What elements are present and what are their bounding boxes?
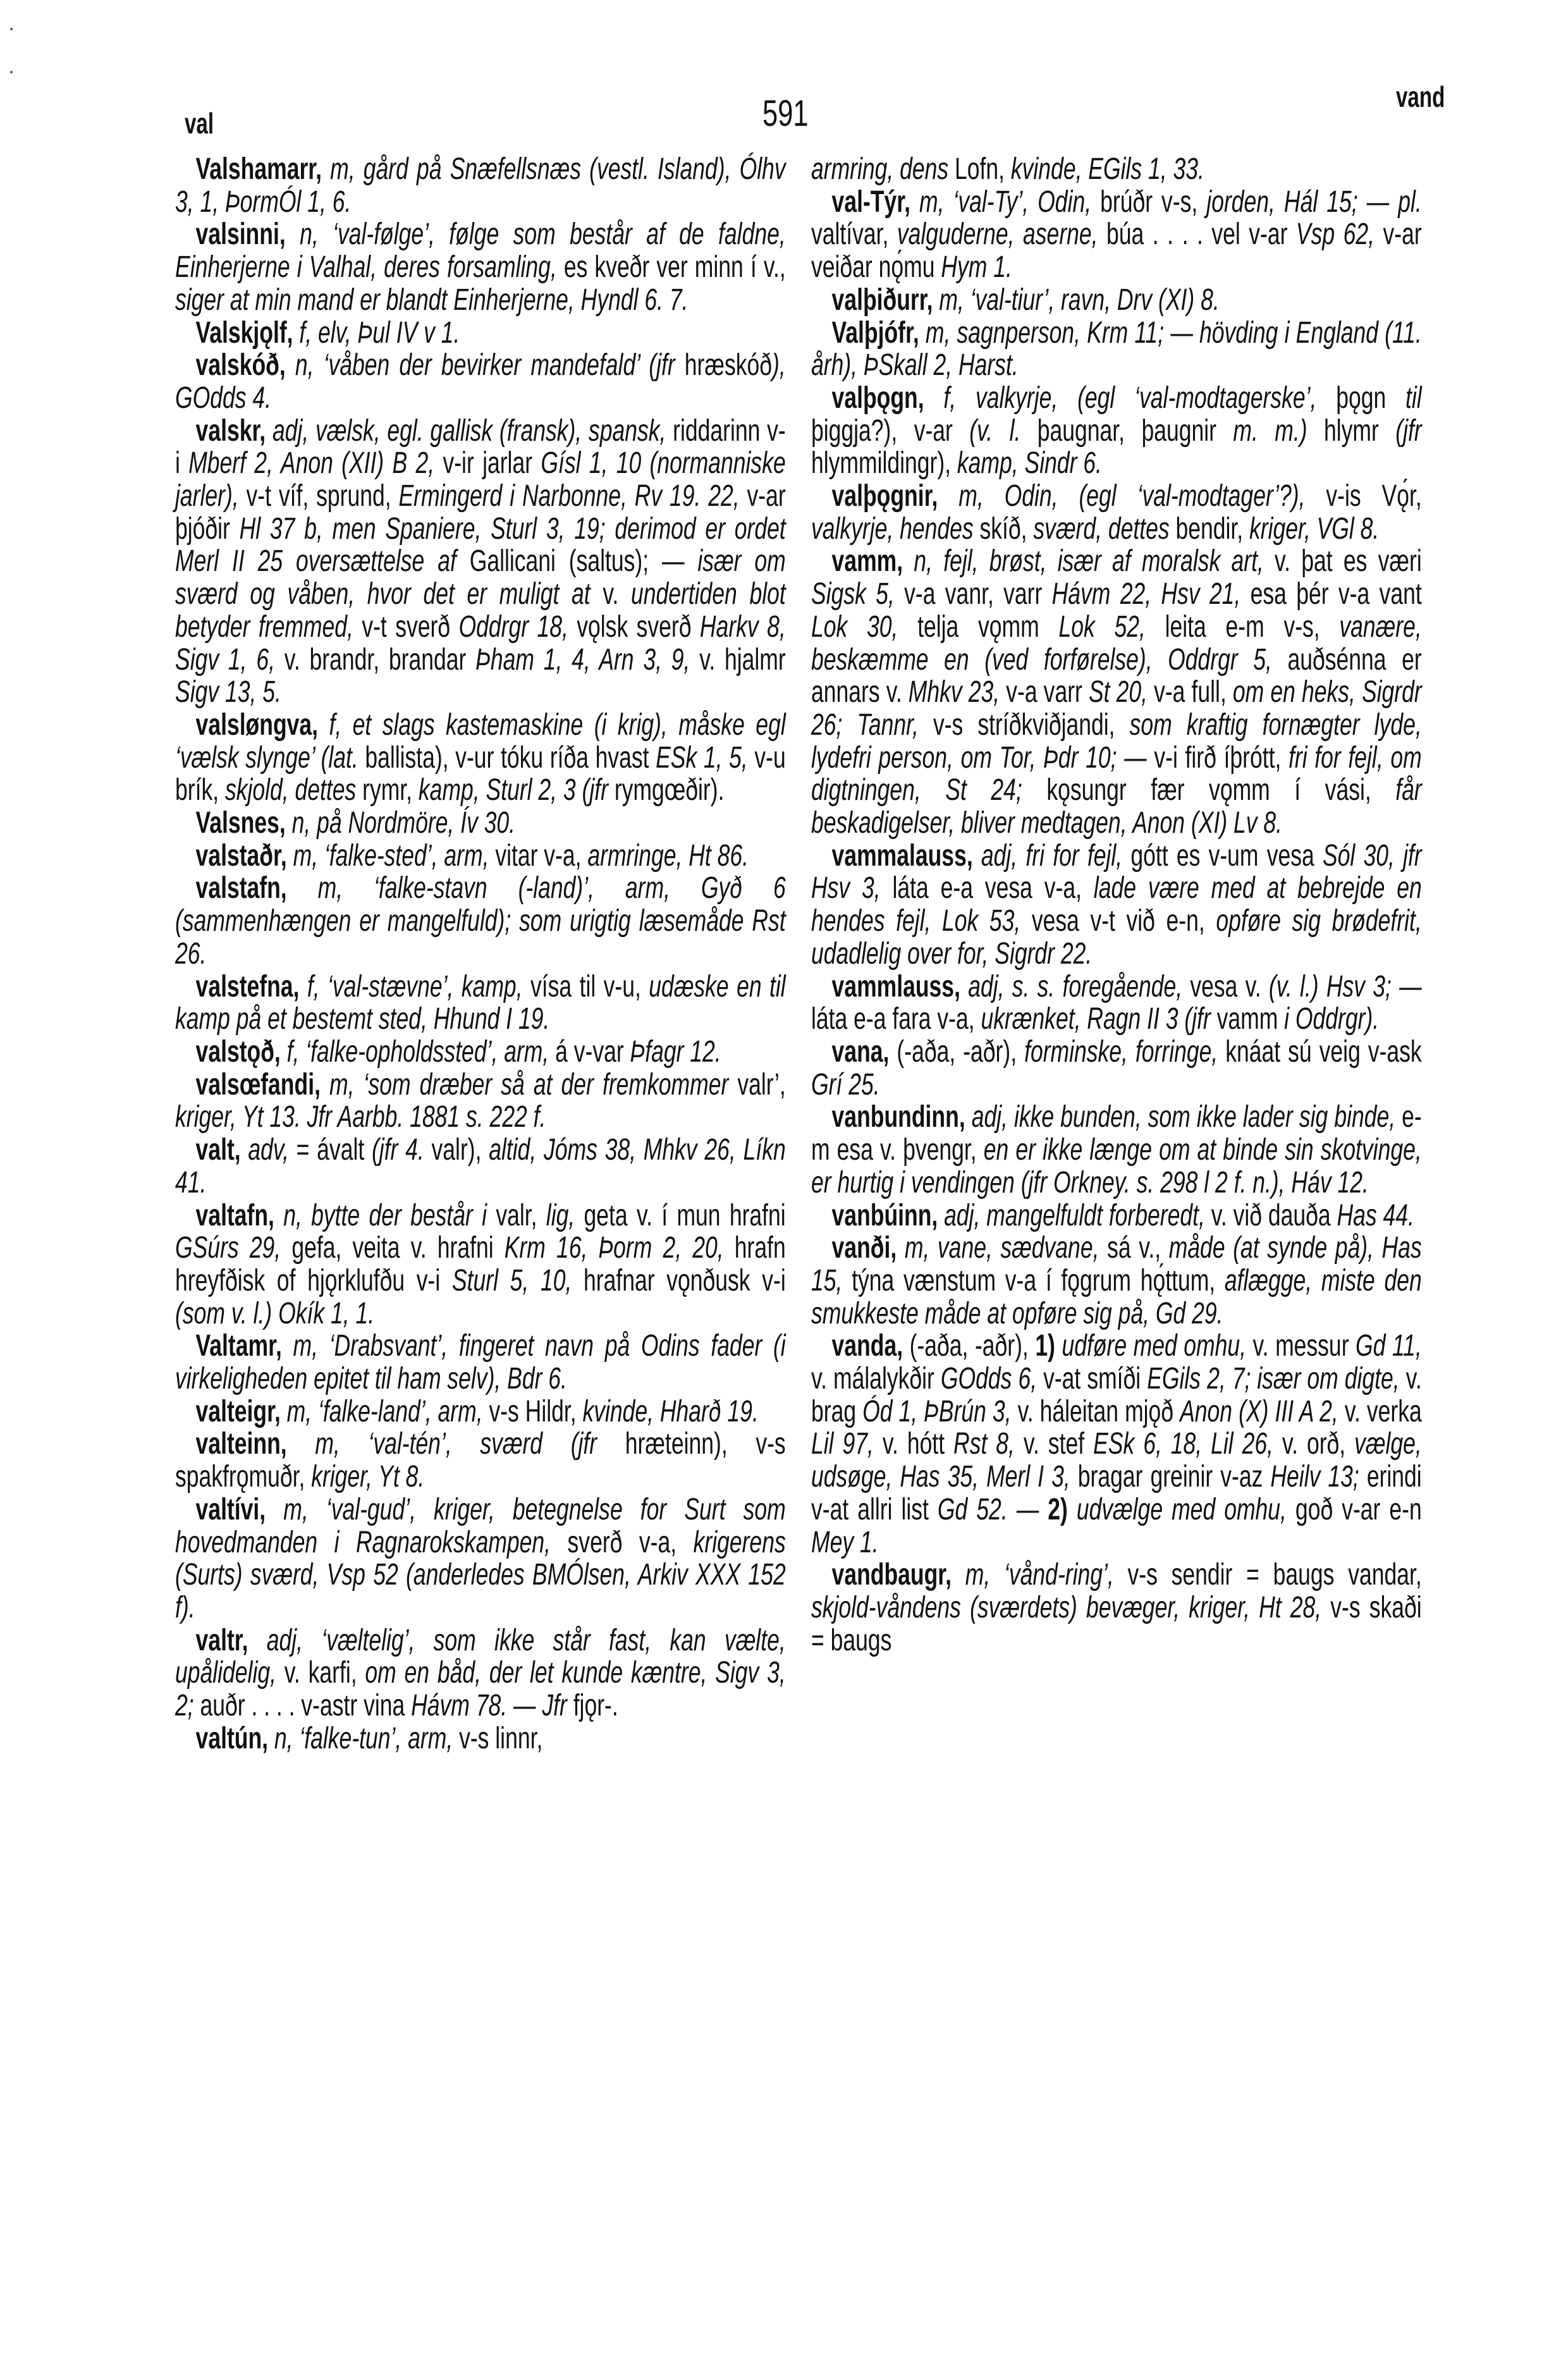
- entry-text: vitar v-a,: [495, 839, 587, 873]
- entry-text: Mberf 2, Anon (XII) B 2,: [188, 446, 443, 480]
- entry-text: vísa til v-u,: [530, 970, 649, 1003]
- entry-headword: valteigr,: [196, 1395, 287, 1428]
- entry-text: Sigv 13, 5.: [175, 675, 281, 709]
- dictionary-entry: valtafn, n, bytte der består i valr, lig…: [175, 1199, 786, 1330]
- entry-text: vamm: [1217, 1002, 1285, 1036]
- entry-headword: vanbundinn,: [832, 1100, 972, 1134]
- entry-headword: valtún,: [196, 1722, 274, 1755]
- entry-text: Ód 1, ÞBrún 3,: [862, 1395, 1017, 1428]
- entry-headword: vanbúinn,: [832, 1199, 945, 1232]
- entry-text: kriger, Yt 13. Jfr Aarbb. 1881 s. 222 f.: [175, 1100, 546, 1134]
- entry-text: Gd 52. —: [938, 1493, 1048, 1526]
- entry-text: Gd 11,: [1356, 1329, 1422, 1363]
- dictionary-entry: valsløngva, f, et slags kastemaskine (i …: [175, 709, 786, 807]
- entry-text: brúðr v-s,: [1100, 185, 1206, 219]
- entry-text: (jfr 4.: [372, 1133, 432, 1167]
- entry-headword: valtafn,: [196, 1199, 284, 1232]
- entry-text: es kveðr ver minn í v.,: [564, 250, 786, 284]
- entry-text: bragar greinir v-az: [1078, 1460, 1271, 1494]
- entry-text: búa . . . . vel v-ar: [1106, 218, 1296, 251]
- entry-text: týna vænstum v-a í fǫgrum hǫ́ttum,: [852, 1264, 1225, 1297]
- entry-text: (v. l.: [969, 414, 1037, 448]
- entry-text: v-t sverð: [362, 610, 458, 644]
- entry-text: valr’,: [737, 1068, 785, 1101]
- dictionary-entry: valstaðr, m, ‘falke-sted’, arm, vitar v-…: [175, 840, 786, 873]
- entry-text: v. málalykðir: [811, 1362, 941, 1395]
- entry-text: ESk 6, 18, Lil 26,: [1093, 1427, 1282, 1461]
- entry-text: Hávm 78. — Jfr: [411, 1689, 573, 1722]
- entry-text: Sturl 5, 10,: [452, 1264, 584, 1297]
- dictionary-entry: valsœfandi, m, ‘som dræber så at der fre…: [175, 1069, 786, 1134]
- entry-text: armringe, Ht 86.: [587, 839, 749, 873]
- entry-text: Has 44.: [1337, 1199, 1414, 1232]
- scan-speck: [10, 28, 13, 30]
- entry-text: v. hótt: [883, 1427, 953, 1461]
- entry-text: skíð,: [980, 512, 1034, 546]
- entry-text: v-a full,: [1154, 675, 1233, 709]
- dictionary-entry: valtún, n, ‘falke-tun’, arm, v-s linnr,: [175, 1722, 786, 1755]
- entry-text: lig,: [546, 1199, 584, 1232]
- entry-headword: Valsnes,: [196, 806, 292, 840]
- entry-text: vesa v.: [1190, 970, 1269, 1003]
- entry-text: adj, vælsk, egl. gallisk (fransk), spans…: [272, 414, 673, 448]
- entry-headword: vamm,: [832, 544, 914, 578]
- dictionary-entry: vana, (-aða, -aðr), forminske, forringe,…: [811, 1036, 1422, 1101]
- entry-text: f, elv, Þul IV v 1.: [299, 316, 460, 350]
- entry-text: v-ir jarlar: [443, 446, 541, 480]
- entry-text: esa þér v-a vant: [1251, 577, 1422, 611]
- entry-text: n, fejl, brøst, især af moralsk art,: [914, 544, 1275, 578]
- entry-headword: Valtamr,: [196, 1329, 293, 1363]
- dictionary-entry: vanbúinn, adj, mangelfuldt forberedt, v.…: [811, 1199, 1422, 1232]
- entry-text: = ávalt: [297, 1133, 372, 1167]
- entry-text: Krm 16, Þorm 2, 20,: [505, 1231, 735, 1265]
- entry-text: n, bytte der består i: [283, 1199, 496, 1232]
- entry-text: kǫsungr fær vǫmm í vási,: [1046, 773, 1395, 807]
- entry-text: m, ‘falke-sted’, arm,: [293, 839, 496, 873]
- entry-text: Þfagr 12.: [630, 1035, 721, 1069]
- entry-headword: valteinn,: [196, 1427, 315, 1461]
- entry-text: Gallicani (saltus); —: [470, 544, 698, 578]
- entry-text: m, ‘vånd-ring’,: [965, 1558, 1128, 1592]
- entry-text: m, ‘falke-land’, arm,: [287, 1395, 489, 1428]
- entry-text: valtívar,: [811, 218, 897, 251]
- entry-text: valkyrje, hendes: [811, 512, 980, 546]
- entry-headword: valsœfandi,: [196, 1068, 329, 1101]
- entry-text: Mhkv 23,: [909, 675, 1006, 709]
- dictionary-entry: valskr, adj, vælsk, egl. gallisk (fransk…: [175, 415, 786, 709]
- entry-text: v. brandr, brandar: [285, 643, 475, 677]
- dictionary-entry: Valshamarr, m, gård på Snæfellsnæs (vest…: [175, 153, 786, 218]
- left-guideword: val: [185, 106, 214, 140]
- entry-text: adv,: [248, 1133, 296, 1167]
- entry-text: valguderne, aserne,: [897, 218, 1106, 251]
- entry-text: ESk 1, 5,: [656, 741, 754, 775]
- dictionary-entry: valþǫgn, f, valkyrje, (egl ‘val-modtager…: [811, 382, 1422, 480]
- entry-text: kriger, Yt 8.: [311, 1460, 424, 1494]
- entry-headword: valþiðurr,: [832, 283, 940, 317]
- entry-text: v. verka: [1345, 1395, 1422, 1428]
- entry-headword: val-Týr,: [832, 185, 919, 219]
- entry-text: m, ‘val-tén’, sværd (jfr: [315, 1427, 625, 1461]
- entry-headword: Valshamarr,: [196, 152, 331, 186]
- entry-text: v. orð,: [1282, 1427, 1354, 1461]
- entry-text: v. háleitan mjǫð: [1018, 1395, 1180, 1428]
- entry-text: adj, fri for fejl,: [981, 839, 1130, 873]
- entry-text: láta e-a fara v-a,: [811, 1002, 981, 1036]
- entry-text: m, Odin, (egl ‘val-modtager’?),: [958, 479, 1326, 513]
- dictionary-entry: valstafn, m, ‘falke-stavn (-land)’, arm,…: [175, 872, 786, 970]
- dictionary-entry: vanda, (-aða, -aðr), 1) udføre med omhu,…: [811, 1330, 1422, 1559]
- entry-text: f, valkyrje, (egl ‘val-modtagerske’,: [943, 381, 1336, 415]
- entry-text: v. hjalmr: [699, 643, 786, 677]
- entry-text: leita e-m v-s,: [1165, 610, 1340, 644]
- entry-text: v. karfi,: [285, 1656, 365, 1690]
- entry-headword: valsinni,: [196, 218, 300, 251]
- entry-text: hlymmildingr),: [811, 446, 957, 480]
- dictionary-entry: vanði, m, vane, sædvane, sá v., måde (at…: [811, 1232, 1422, 1330]
- entry-headword: vanði,: [832, 1231, 905, 1265]
- entry-headword: vanda,: [832, 1329, 910, 1363]
- entry-text: rymr,: [362, 773, 419, 807]
- entry-text: knáat sú veig v-ask: [1225, 1035, 1421, 1069]
- entry-text: til: [1405, 381, 1422, 415]
- entry-text: fjǫr-.: [573, 1689, 618, 1722]
- entry-headword: 2): [1048, 1493, 1077, 1526]
- entry-text: m. m.): [1233, 414, 1324, 448]
- entry-headword: valstaðr,: [196, 839, 293, 873]
- dictionary-entry: valþiðurr, m, ‘val-tiur’, ravn, Drv (XI)…: [811, 284, 1422, 317]
- entry-text: Hym 1.: [941, 250, 1012, 284]
- dictionary-entry: valteinn, m, ‘val-tén’, sværd (jfr hræte…: [175, 1428, 786, 1493]
- dictionary-entry: vandbaugr, m, ‘vånd-ring’, v-s sendir = …: [811, 1559, 1422, 1657]
- entry-text: Lofn,: [955, 152, 1011, 186]
- entry-text: v. við dauða: [1211, 1199, 1337, 1232]
- entry-text: kamp, Sindr 6.: [957, 446, 1102, 480]
- page-header: val 591 vand: [0, 0, 1561, 164]
- dictionary-entry: Valþjófr, m, sagnperson, Krm 11; — hövdi…: [811, 317, 1422, 382]
- entry-text: Þham 1, 4, Arn 3, 9,: [475, 643, 699, 677]
- entry-text: (som v. l.) Okík 1, 1.: [175, 1297, 374, 1330]
- dictionary-entry: valstefna, f, ‘val-stævne’, kamp, vísa t…: [175, 971, 786, 1036]
- entry-headword: vammalauss,: [832, 839, 981, 873]
- dictionary-entry: armring, dens Lofn, kvinde, EGils 1, 33.: [811, 153, 1422, 186]
- entry-text: gefa, veita v. hrafni: [291, 1231, 504, 1265]
- entry-text: (-aða, -aðr),: [910, 1329, 1036, 1363]
- dictionary-entry: valsinni, n, ‘val-følge’, følge som best…: [175, 218, 786, 316]
- entry-text: v-at smíði: [1043, 1362, 1147, 1395]
- entry-text: Grí 25.: [811, 1068, 880, 1101]
- entry-text: kriger, VGl 8.: [1249, 512, 1379, 546]
- dictionary-entry: valteigr, m, ‘falke-land’, arm, v-s Hild…: [175, 1395, 786, 1428]
- entry-text: sværd, dettes: [1033, 512, 1175, 546]
- entry-text: valr,: [496, 1199, 546, 1232]
- entry-headword: valþǫgnir,: [832, 479, 959, 513]
- entry-headword: valtívi,: [196, 1493, 284, 1526]
- entry-text: v-is Vǫ́r,: [1326, 479, 1421, 513]
- entry-text: Anon (X) III A 2,: [1180, 1395, 1345, 1428]
- entry-text: hlymr: [1324, 414, 1395, 448]
- entry-headword: valsløngva,: [196, 708, 329, 742]
- entry-text: Vsp 62,: [1296, 218, 1383, 251]
- entry-text: armring, dens: [811, 152, 955, 186]
- entry-text: St 20,: [1089, 675, 1154, 709]
- entry-text: v. stef: [1024, 1427, 1093, 1461]
- entry-text: ballista), v-ur tóku ríða hvast: [365, 741, 656, 775]
- entry-text: þiggja?), v-ar: [811, 414, 969, 448]
- entry-text: n, på Nordmöre, Ív 30.: [292, 806, 515, 840]
- entry-text: gótt es v-um vesa: [1130, 839, 1323, 873]
- dictionary-entry: valt, adv, = ávalt (jfr 4. valr), altid,…: [175, 1134, 786, 1199]
- entry-text: EGils 2, 7; især om digte,: [1147, 1362, 1406, 1395]
- entry-text: kvinde, EGils 1, 33.: [1011, 152, 1204, 186]
- entry-text: Rst 8,: [953, 1427, 1024, 1461]
- entry-text: á v-var: [555, 1035, 630, 1069]
- dictionary-entry: Valtamr, m, ‘Drabsvant’, fingeret navn p…: [175, 1330, 786, 1395]
- entry-text: rymgœðir).: [615, 773, 725, 807]
- entry-text: (v. l.) Hsv 3; —: [1269, 970, 1422, 1003]
- entry-text: Lok 52,: [1058, 610, 1165, 644]
- entry-headword: valskóð,: [196, 348, 295, 382]
- entry-headword: 1): [1035, 1329, 1062, 1363]
- entry-text: n, ‘falke-tun’, arm,: [274, 1722, 459, 1755]
- entry-headword: valskr,: [196, 414, 272, 448]
- entry-text: udføre med omhu,: [1062, 1329, 1252, 1363]
- entry-text: m, ‘val-Ty’, Odin,: [919, 185, 1100, 219]
- entry-text: siger at min mand er blandt Einherjerne,…: [175, 283, 688, 317]
- entry-text: v-s sendir = baugs vandar,: [1128, 1558, 1422, 1592]
- entry-headword: Valskjǫlf,: [196, 316, 300, 350]
- entry-text: (-aða, -aðr),: [897, 1035, 1024, 1069]
- dictionary-entry: val-Týr, m, ‘val-Ty’, Odin, brúðr v-s, j…: [811, 186, 1422, 284]
- entry-text: v-s Hildr,: [489, 1395, 582, 1428]
- entry-text: forminske, forringe,: [1024, 1035, 1225, 1069]
- entry-text: skjold, dettes: [225, 773, 362, 807]
- entry-headword: vandbaugr,: [832, 1558, 965, 1592]
- entry-headword: vammlauss,: [832, 970, 969, 1003]
- entry-text: v. þat es væri: [1275, 544, 1422, 578]
- entry-text: Ermingerd i Narbonne, Rv 19. 22,: [398, 479, 747, 513]
- entry-text: v-s linnr,: [459, 1722, 542, 1755]
- column-entries: armring, dens Lofn, kvinde, EGils 1, 33.…: [811, 153, 1422, 1657]
- entry-text: bendir,: [1175, 512, 1249, 546]
- entry-text: hræskóð: [685, 348, 772, 382]
- dictionary-column-left: Valshamarr, m, gård på Snæfellsnæs (vest…: [175, 153, 786, 1755]
- dictionary-entry: Valskjǫlf, f, elv, Þul IV v 1.: [175, 317, 786, 350]
- entry-text: f, ‘val-stævne’, kamp,: [307, 970, 530, 1003]
- dictionary-entry: vamm, n, fejl, brøst, især af moralsk ar…: [811, 545, 1422, 839]
- dictionary-entry: vammlauss, adj, s. s. foregående, vesa v…: [811, 971, 1422, 1036]
- entry-text: m, ‘som dræber så at der fremkommer: [329, 1068, 737, 1101]
- entry-text: þaugnar, þaugnir: [1038, 414, 1233, 448]
- entry-text: Hávm 22, Hsv 21,: [1052, 577, 1251, 611]
- entry-text: i Oddrgr).: [1284, 1002, 1379, 1036]
- entry-text: hrafnar vǫnðusk v-i: [584, 1264, 786, 1297]
- entry-text: m, ‘val-tiur’, ravn, Drv (XI) 8.: [939, 283, 1219, 317]
- right-guideword: vand: [1396, 80, 1445, 114]
- entry-text: v-s stríðkviðjandi,: [933, 708, 1130, 742]
- entry-text: skjold-våndens (sværdets) bevæger, krige…: [811, 1591, 1330, 1624]
- dictionary-entry: valþǫgnir, m, Odin, (egl ‘val-modtager’?…: [811, 480, 1422, 545]
- entry-text: jorden, Hál 15; — pl.: [1206, 185, 1421, 219]
- dictionary-entry: valstǫð, f, ‘falke-opholdssted’, arm, á …: [175, 1036, 786, 1069]
- entry-text: v.: [603, 577, 631, 611]
- entry-text: sverð v-a,: [568, 1526, 694, 1559]
- entry-headword: valt,: [196, 1133, 248, 1167]
- entry-text: n, ‘våben der bevirker mandefald’ (jfr: [295, 348, 685, 382]
- entry-text: valr),: [432, 1133, 489, 1167]
- entry-headword: valstǫð,: [196, 1035, 287, 1069]
- entry-text: auðr . . . . v-astr vina: [200, 1689, 411, 1722]
- entry-text: sá v.,: [1107, 1231, 1169, 1265]
- entry-text: m, vane, sædvane,: [905, 1231, 1107, 1265]
- dictionary-entry: valskóð, n, ‘våben der bevirker mandefal…: [175, 349, 786, 414]
- entry-headword: valtr,: [196, 1624, 267, 1657]
- entry-text: ukrænket, Ragn II 3 (jfr: [981, 1002, 1217, 1036]
- entry-text: adj, s. s. foregående,: [968, 970, 1190, 1003]
- dictionary-entry: valtr, adj, ‘væltelig’, som ikke står fa…: [175, 1624, 786, 1722]
- entry-text: udvælge med omhu,: [1077, 1493, 1295, 1526]
- entry-text: v-a vanr, varr: [904, 577, 1052, 611]
- entry-text: (jfr: [1395, 414, 1421, 448]
- entry-text: vesa v-t við e-n,: [1032, 904, 1216, 938]
- entry-text: adj, ikke bunden, som ikke lader sig bin…: [972, 1100, 1402, 1134]
- entry-headword: vana,: [832, 1035, 897, 1069]
- entry-text: láta e-a vesa v-a,: [893, 871, 1094, 905]
- scan-speck: [10, 71, 13, 73]
- entry-headword: valstefna,: [196, 970, 307, 1003]
- page-number: 591: [762, 92, 809, 135]
- entry-text: f, ‘falke-opholdssted’, arm,: [287, 1035, 555, 1069]
- dictionary-entry: valtívi, m, ‘val-gud’, kriger, betegnels…: [175, 1494, 786, 1624]
- column-entries: Valshamarr, m, gård på Snæfellsnæs (vest…: [175, 153, 786, 1755]
- entry-text: geta v. í mun hrafni: [584, 1199, 786, 1232]
- entry-text: v-a varr: [1006, 675, 1089, 709]
- entry-text: adj, mangelfuldt forberedt,: [944, 1199, 1211, 1232]
- entry-text: kvinde, Hharð 19.: [582, 1395, 758, 1428]
- dictionary-column-right: armring, dens Lofn, kvinde, EGils 1, 33.…: [811, 153, 1422, 1657]
- entry-text: v-i firð íþrótt,: [1154, 741, 1289, 775]
- entry-headword: valstafn,: [196, 871, 318, 905]
- entry-text: Lok 30,: [811, 610, 917, 644]
- entry-headword: Valþjófr,: [832, 316, 926, 350]
- dictionary-entry: vammalauss, adj, fri for fejl, gótt es v…: [811, 840, 1422, 971]
- entry-text: GOdds 6,: [941, 1362, 1043, 1395]
- entry-text: kamp, Sturl 2, 3 (jfr: [419, 773, 615, 807]
- entry-text: telja vǫmm: [917, 610, 1058, 644]
- entry-text: þǫgn: [1336, 381, 1405, 415]
- entry-text: Heilv 13;: [1270, 1460, 1366, 1494]
- dictionary-entry: vanbundinn, adj, ikke bunden, som ikke l…: [811, 1101, 1422, 1199]
- entry-text: v. messur: [1253, 1329, 1356, 1363]
- entry-text: Mey 1.: [811, 1526, 879, 1559]
- entry-text: Lil 97,: [811, 1427, 883, 1461]
- entry-text: vǫlsk sverð: [577, 610, 700, 644]
- entry-text: v-t víf, sprund,: [247, 479, 399, 513]
- entry-text: GSúrs 29,: [175, 1231, 291, 1265]
- entry-text: Sigsk 5,: [811, 577, 904, 611]
- entry-headword: valþǫgn,: [832, 381, 944, 415]
- entry-text: Oddrgr 18,: [458, 610, 577, 644]
- entry-text: goð v-ar e-n: [1295, 1493, 1422, 1526]
- dictionary-entry: Valsnes, n, på Nordmöre, Ív 30.: [175, 807, 786, 840]
